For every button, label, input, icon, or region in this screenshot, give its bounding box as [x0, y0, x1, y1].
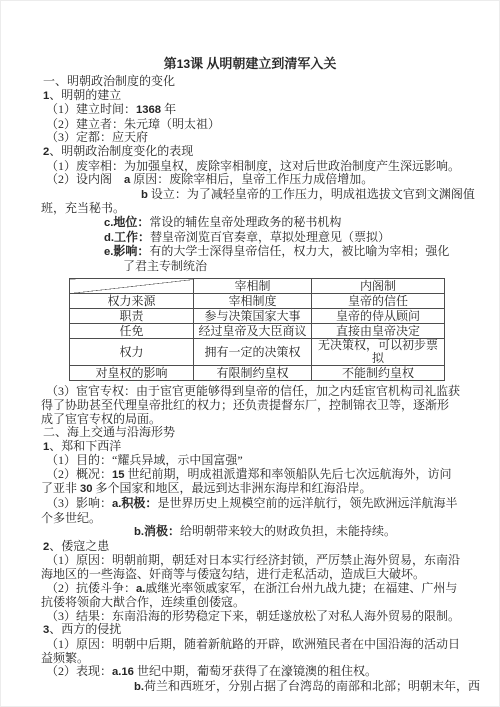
text-segment: a. — [112, 498, 121, 510]
text-segment: e. — [104, 246, 113, 258]
text-segment: 原因：废除宰相后，皇帝工作压力成倍增加。 — [130, 172, 373, 186]
text-segment: 益频繁。 — [41, 651, 89, 665]
text-line: 海地区的一些海盗、奸商等与倭寇勾结，进行走私活动，造成巨大破坏。 — [1, 568, 499, 582]
text-segment: （3）宦官专权：由于宦官更能够得到皇帝的信任，加之内廷宦官机构司礼监获 — [46, 384, 460, 398]
text-line: 得了协助甚至代理皇帝批红的权力；还负责提督东厂，控制锦衣卫等，逐渐形 — [1, 399, 499, 413]
text-line: （2）设内阁 a 原因：废除宰相后，皇帝工作压力成倍增加。 — [1, 173, 499, 188]
text-segment: 1368 — [136, 104, 161, 116]
text-line: 2、明朝政治制度变化的表现 — [1, 145, 499, 160]
text-segment: 一、明朝政治制度的变化 — [43, 74, 175, 88]
text-segment: 是世界历史上规模空前的远洋航行，领先欧洲远洋航海半 — [157, 496, 457, 510]
text-line: 了亚非 30 多个国家和地区，最远到达非洲东海岸和红海沿岸。 — [1, 482, 499, 497]
table-cell: 参与决策国家大事 — [194, 309, 312, 324]
table-cell: 不能制约皇权 — [312, 366, 445, 381]
text-segment: 15 — [112, 469, 125, 481]
text-segment: 得了协助甚至代理皇帝批红的权力；还负责提督东厂，控制锦衣卫等，逐渐形 — [41, 398, 449, 412]
text-line: （3）定都：应天府 — [1, 131, 499, 145]
text-line: e.影响：有的大学士深得皇帝信任，权力大，被比喻为宰相；强化 — [1, 245, 499, 260]
text-segment: （2）设内阁 — [46, 172, 124, 186]
text-segment: （3）结果：东南沿海的形势稳定下来，朝廷遂放松了对私人海外贸易的限制。 — [46, 609, 460, 623]
text-segment: 30 — [80, 483, 93, 495]
text-segment: 了亚非 — [41, 481, 80, 495]
text-segment: 第 — [164, 56, 177, 71]
text-segment: 二、海上交通与沿海形势 — [43, 425, 175, 439]
text-segment: 年 — [161, 102, 176, 116]
text-segment: 、明朝的建立 — [49, 88, 121, 102]
text-segment: （2）概况： — [46, 467, 112, 481]
text-segment: （1）目的：“耀兵异域，示中国富强” — [46, 453, 243, 467]
text-line: 3、西方的侵扰 — [1, 623, 499, 638]
text-segment: 课 从明朝建立到清军入关 — [190, 56, 336, 71]
text-segment: （2）抗倭斗争： — [46, 581, 136, 595]
text-segment: 多个国家和地区，最远到达非洲东海岸和红海沿岸。 — [93, 481, 372, 495]
text-segment: 个多世纪。 — [41, 511, 101, 525]
text-line: c.地位：常设的辅佐皇帝处理政务的秘书机构 — [1, 216, 499, 231]
table-row-label: 权力 — [70, 339, 194, 366]
text-segment: b. — [134, 526, 144, 538]
text-segment: 世纪中期，葡萄牙获得了在濠镜澳的租住权。 — [134, 664, 377, 678]
table-cell: 无决策权，可以初步票拟 — [312, 339, 445, 366]
table-row-label: 对皇权的影响 — [70, 366, 194, 381]
text-line: （1）原因：明朝中后期，随着新航路的开辟，欧洲殖民者在中国沿海的活动日 — [1, 638, 499, 652]
text-segment: （1）建立时间： — [46, 102, 136, 116]
document-title: 第13课 从明朝建立到清军入关 — [1, 56, 499, 72]
text-segment: 工作： — [114, 230, 150, 244]
text-segment: c. — [104, 217, 113, 229]
text-segment: 影响： — [113, 244, 149, 258]
table-header-cell: 内阁制 — [312, 279, 445, 294]
table-cell: 经过皇帝及大臣商议 — [194, 324, 312, 339]
text-line: （1）建立时间：1368 年 — [1, 103, 499, 118]
table-header-row: 宰相制内阁制 — [70, 279, 445, 294]
comparison-table: 宰相制内阁制权力来源宰相制度皇帝的信任职责参与决策国家大事皇帝的侍从顾问任免经过… — [69, 278, 445, 381]
text-segment: 了君主专制统治 — [123, 259, 207, 273]
table-row-label: 权力来源 — [70, 294, 194, 309]
text-segment: （3）定都：应天府 — [46, 130, 148, 144]
document-page: 第13课 从明朝建立到清军入关一、明朝政治制度的变化1、明朝的建立（1）建立时间… — [0, 0, 500, 707]
document-content: 第13课 从明朝建立到清军入关一、明朝政治制度的变化1、明朝的建立（1）建立时间… — [1, 1, 499, 694]
text-line: 了君主专制统治 — [1, 260, 499, 274]
text-line: 抗倭将领俞大猷合作，连续重创倭寇。 — [1, 596, 499, 610]
text-segment: 世纪前期，明成祖派遣郑和率领船队先后七次远航海外，访问 — [125, 467, 452, 481]
text-line: 一、明朝政治制度的变化 — [1, 75, 499, 89]
text-segment: 有的大学士深得皇帝信任，权力大，被比喻为宰相；强化 — [149, 244, 449, 258]
table-row: 任免经过皇帝及大臣商议直接由皇帝决定 — [70, 324, 445, 339]
text-segment: 消极： — [144, 524, 180, 538]
table-cell: 宰相制度 — [194, 294, 312, 309]
text-segment: 给明朝带来较大的财政负担，未能持续。 — [180, 524, 396, 538]
table-cell: 皇帝的信任 — [312, 294, 445, 309]
text-segment: d. — [104, 232, 114, 244]
text-segment: （1）原因：明朝前期，朝廷对日本实行经济封锁，严厉禁止海外贸易，东南沿 — [46, 553, 460, 567]
text-segment: a. — [136, 583, 145, 595]
text-segment: b. — [134, 681, 144, 693]
text-segment: b — [141, 189, 148, 201]
text-line: （1）目的：“耀兵异域，示中国富强” — [1, 454, 499, 468]
text-segment: （1）废宰相：为加强皇权，废除宰相制度，这对后世政治制度产生深远影响。 — [46, 159, 460, 173]
text-segment: （2）表现： — [46, 664, 112, 678]
text-line: （3）宦官专权：由于宦官更能够得到皇帝的信任，加之内廷宦官机构司礼监获 — [1, 385, 499, 399]
text-line: （2）表现：a.16 世纪中期，葡萄牙获得了在濠镜澳的租住权。 — [1, 665, 499, 680]
text-line: （1）原因：明朝前期，朝廷对日本实行经济封锁，严厉禁止海外贸易，东南沿 — [1, 554, 499, 568]
table-corner-cell-diagonal — [70, 279, 194, 294]
table-row: 职责参与决策国家大事皇帝的侍从顾问 — [70, 309, 445, 324]
text-segment: 常设的辅佐皇帝处理政务的秘书机构 — [149, 215, 341, 229]
text-line: 班，充当秘书。 — [1, 202, 499, 216]
table-cell: 有限制约皇权 — [194, 366, 312, 381]
table-cell: 直接由皇帝决定 — [312, 324, 445, 339]
text-segment: 、郑和下西洋 — [49, 439, 121, 453]
table-cell: 拥有一定的决策权 — [194, 339, 312, 366]
text-segment: 成了宦官专权的局面。 — [41, 412, 161, 426]
text-segment: 13 — [177, 57, 191, 71]
text-segment: 、明朝政治制度变化的表现 — [49, 144, 193, 158]
table-row: 对皇权的影响有限制约皇权不能制约皇权 — [70, 366, 445, 381]
table-cell: 皇帝的侍从顾问 — [312, 309, 445, 324]
text-line: b.消极：给明朝带来较大的财政负担，未能持续。 — [1, 525, 499, 540]
text-segment: 戚继光率领戚家军，在浙江台州九战九捷；在福建、广州与 — [145, 581, 457, 595]
text-segment: 荷兰和西班牙，分别占据了台湾岛的南部和北部；明朝末年，西 — [144, 679, 480, 693]
text-segment: 替皇帝浏览百官奏章，草拟处理意见（票拟） — [150, 230, 390, 244]
table-row: 权力拥有一定的决策权无决策权，可以初步票拟 — [70, 339, 445, 366]
text-segment: a.16 — [112, 666, 134, 678]
text-segment: 、西方的侵扰 — [49, 622, 121, 636]
text-line: （3）影响：a.积极：是世界历史上规模空前的远洋航行，领先欧洲远洋航海半 — [1, 497, 499, 512]
text-segment: 、倭寇之患 — [49, 539, 109, 553]
table-header-cell: 宰相制 — [194, 279, 312, 294]
text-segment: 设立：为了减轻皇帝的工作压力，明成祖选拔文官到文渊阁值 — [148, 187, 475, 201]
text-segment: （3）影响： — [46, 496, 112, 510]
text-segment: （1）原因：明朝中后期，随着新航路的开辟，欧洲殖民者在中国沿海的活动日 — [46, 637, 460, 651]
text-segment: 抗倭将领俞大猷合作，连续重创倭寇。 — [41, 595, 245, 609]
text-segment: 积极： — [121, 496, 157, 510]
text-line: b.荷兰和西班牙，分别占据了台湾岛的南部和北部；明朝末年，西 — [1, 680, 499, 695]
text-segment: （2）建立者：朱元璋（明太祖） — [46, 117, 220, 131]
text-segment: 地位： — [113, 215, 149, 229]
text-line: 1、明朝的建立 — [1, 89, 499, 104]
table-row-label: 任免 — [70, 324, 194, 339]
text-segment: 海地区的一些海盗、奸商等与倭寇勾结，进行走私活动，造成巨大破坏。 — [41, 567, 425, 581]
table-row: 权力来源宰相制度皇帝的信任 — [70, 294, 445, 309]
text-line: d.工作：替皇帝浏览百官奏章，草拟处理意见（票拟） — [1, 231, 499, 246]
table-row-label: 职责 — [70, 309, 194, 324]
text-line: 二、海上交通与沿海形势 — [1, 426, 499, 440]
text-segment: 班，充当秘书。 — [41, 201, 125, 215]
